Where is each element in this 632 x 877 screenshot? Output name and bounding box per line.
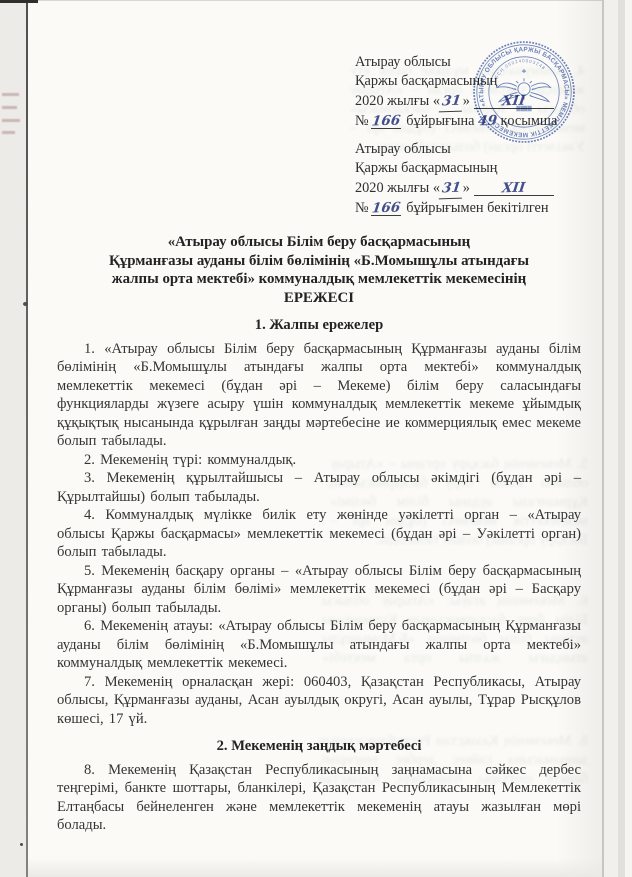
scan-edge-text-fragment — [2, 119, 20, 122]
paragraph-6: 6. Мекеменің атауы: «Атырау облысы Білім… — [57, 617, 581, 673]
appendix-line-number: №166 бұйрығына 49 қосымша — [355, 112, 600, 131]
number-sign: № — [355, 113, 369, 129]
approval-phrase: бұйрығымен бекітілген — [406, 200, 548, 216]
section-2-heading: 2. Мекеменің заңдық мәртебесі — [57, 737, 581, 756]
scan-edge-text-fragment — [2, 106, 17, 109]
annex-word: қосымша — [500, 113, 557, 129]
scan-right-edge — [602, 0, 632, 877]
scan-top-corner-line — [0, 0, 38, 3]
title-line-2: Құрманғазы ауданы білім бөлімінің «Б.Мом… — [57, 252, 581, 271]
quote-close: » — [463, 93, 470, 109]
page-edge-line — [26, 0, 28, 877]
scan-edge-text-fragment — [2, 93, 19, 96]
scan-edge-text-fragment — [2, 131, 15, 134]
date-line-slot: XII — [474, 94, 554, 109]
title-line-3: жалпы орта мектебі» коммуналдық мемлекет… — [57, 270, 581, 289]
approval-line-date: 2020 жылғы «31»XII — [355, 179, 600, 199]
appendix-line-region: Атырау облысы — [355, 53, 600, 72]
scan-speck — [23, 302, 28, 306]
handwritten-month: XII — [501, 180, 526, 195]
scan-bottom-edge — [28, 858, 602, 877]
date-printed-text: 2020 жылғы « — [355, 180, 440, 196]
scan-speck — [20, 843, 23, 846]
order-word: бұйрығына — [406, 113, 474, 129]
appendix-stamp-block: Атырау облысы Қаржы басқармасының 2020 ж… — [355, 53, 600, 132]
handwritten-month: XII — [501, 93, 526, 108]
handwritten-annex-number: 49 — [477, 112, 498, 132]
appendix-line-department: Қаржы басқармасының — [355, 72, 600, 91]
date-line-slot: XII — [474, 181, 554, 196]
date-printed-text: 2020 жылғы « — [355, 93, 440, 109]
handwritten-order-number: 166 — [371, 114, 401, 129]
paragraph-2: 2. Мекеменің түрі: коммуналдық. — [57, 451, 581, 470]
appendix-line-date: 2020 жылғы «31»XII — [355, 92, 600, 112]
number-sign: № — [355, 200, 369, 216]
section-1-heading: 1. Жалпы ережелер — [57, 316, 581, 335]
approval-line-number: №166 бұйрығымен бекітілген — [355, 199, 600, 218]
handwritten-day: 31 — [439, 178, 464, 199]
order-number-slot: 166 — [371, 201, 401, 216]
paragraph-4: 4. Коммуналдық мүлікке билік ету жөнінде… — [57, 506, 581, 562]
document-title: «Атырау облысы Білім беру басқармасының … — [57, 233, 581, 307]
scan-top-hairline — [0, 0, 632, 1]
title-line-1: «Атырау облысы Білім беру басқармасының — [57, 233, 581, 252]
handwritten-order-number: 166 — [371, 201, 401, 216]
scanned-document-page: 4. Коммуналдық мүлікке билік ету жөнінде… — [0, 0, 632, 877]
approval-line-department: Қаржы басқармасының — [355, 159, 600, 178]
quote-close: » — [463, 180, 470, 196]
handwritten-day: 31 — [439, 91, 464, 112]
paragraph-7: 7. Мекеменің орналасқан жері: 060403, Қа… — [57, 673, 581, 729]
document-body: «Атырау облысы Білім беру басқармасының … — [57, 233, 581, 835]
paragraph-1: 1. «Атырау облысы Білім беру басқармасын… — [57, 340, 581, 451]
approval-line-region: Атырау облысы — [355, 140, 600, 159]
paragraph-8: 8. Мекеменің Қазақстан Республикасының з… — [57, 761, 581, 835]
approval-stamp-block: Атырау облысы Қаржы басқармасының 2020 ж… — [355, 140, 600, 219]
paragraph-3: 3. Мекеменің құрылтайшысы – Атырау облыс… — [57, 469, 581, 506]
order-number-slot: 166 — [371, 114, 401, 129]
title-line-4: ЕРЕЖЕСІ — [57, 289, 581, 308]
paragraph-5: 5. Мекеменің басқару органы – «Атырау об… — [57, 562, 581, 618]
